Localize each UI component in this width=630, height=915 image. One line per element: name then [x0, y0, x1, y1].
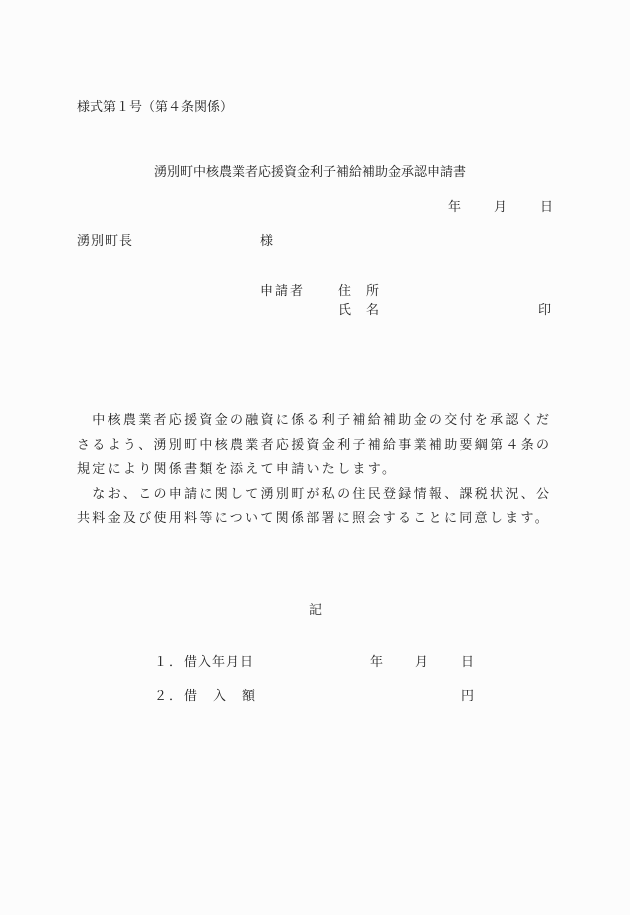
address-label: 住所	[338, 285, 394, 298]
applicant-label: 申請者	[260, 285, 305, 298]
ki-heading: 記	[309, 604, 322, 617]
item-month-label: 月	[415, 656, 428, 669]
date-day-label: 日	[540, 201, 553, 214]
document-title: 湧別町中核農業者応援資金利子補給補助金承認申請書	[154, 166, 466, 179]
item-number: １．	[154, 656, 184, 669]
date-year-label: 年	[448, 201, 461, 214]
item-label: 借入年月日	[184, 656, 254, 669]
item-label-char-2: 入	[213, 690, 226, 703]
addressee: 湧別町長	[77, 235, 133, 248]
item-label-char-3: 額	[242, 690, 255, 703]
item-unit-label: 円	[461, 690, 474, 703]
item-year-label: 年	[370, 656, 383, 669]
body-text: 中核農業者応援資金の融資に係る利子補給補助金の交付を承認くださるよう、湧別町中核…	[77, 409, 552, 532]
name-label-char-2: 名	[366, 304, 394, 317]
item-number: ２．	[154, 690, 184, 703]
name-label: 氏名	[338, 304, 394, 317]
body-paragraph-2: なお、この申請に関して湧別町が私の住民登録情報、課税状況、公共料金及び使用料等に…	[77, 483, 552, 532]
body-paragraph-1: 中核農業者応援資金の融資に係る利子補給補助金の交付を承認くださるよう、湧別町中核…	[77, 409, 552, 483]
address-label-char-1: 住	[338, 285, 366, 298]
name-label-char-1: 氏	[338, 304, 366, 317]
seal-mark: 印	[538, 304, 551, 317]
form-number-label: 様式第１号（第４条関係）	[77, 101, 233, 114]
date-month-label: 月	[494, 201, 507, 214]
item-label-char-1: 借	[184, 690, 197, 703]
item-day-label: 日	[461, 656, 474, 669]
honorific: 様	[260, 235, 273, 248]
address-label-char-2: 所	[366, 285, 394, 298]
